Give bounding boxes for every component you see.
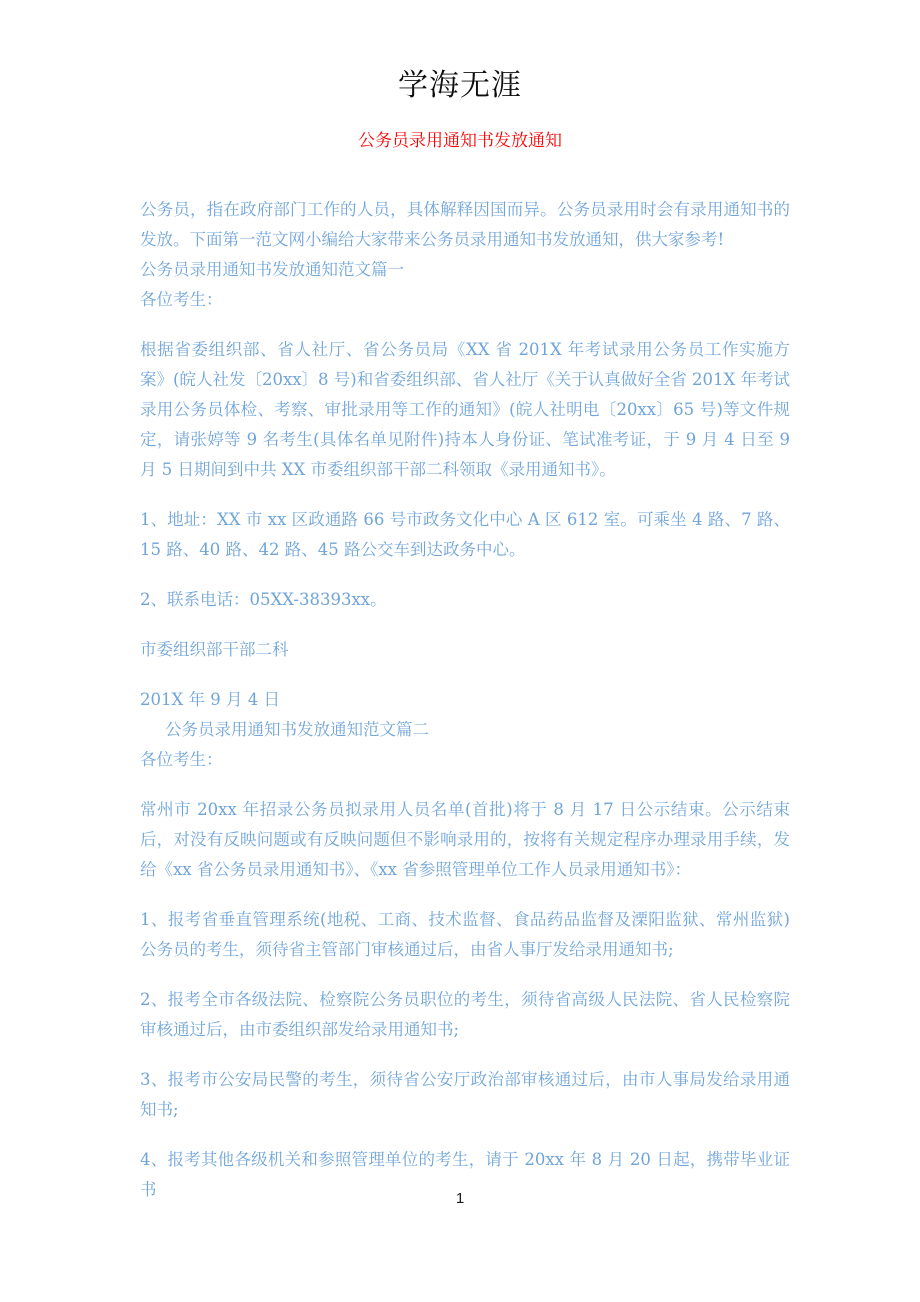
- paragraph: 根据省委组织部、省人社厅、省公务员局《XX 省 201X 年考试录用公务员工作实…: [140, 335, 790, 485]
- paragraph: 公务员录用通知书发放通知范文篇二: [140, 715, 790, 745]
- empty-paragraph: [140, 315, 790, 335]
- empty-paragraph: [140, 775, 790, 795]
- paragraph: 1、地址：XX 市 xx 区政通路 66 号市政务文化中心 A 区 612 室。…: [140, 505, 790, 565]
- page-number: 1: [0, 1190, 920, 1207]
- empty-paragraph: [140, 565, 790, 585]
- empty-paragraph: [140, 885, 790, 905]
- paragraph: 2、报考全市各级法院、检察院公务员职位的考生，须待省高级人民法院、省人民检察院审…: [140, 985, 790, 1045]
- paragraph: 公务员，指在政府部门工作的人员，具体解释因国而异。公务员录用时会有录用通知书的发…: [140, 195, 790, 255]
- paragraph: 常州市 20xx 年招录公务员拟录用人员名单(首批)将于 8 月 17 日公示结…: [140, 795, 790, 885]
- empty-paragraph: [140, 485, 790, 505]
- empty-paragraph: [140, 615, 790, 635]
- empty-paragraph: [140, 965, 790, 985]
- empty-paragraph: [140, 1125, 790, 1145]
- empty-paragraph: [140, 665, 790, 685]
- paragraph: 3、报考市公安局民警的考生，须待省公安厅政治部审核通过后，由市人事局发给录用通知…: [140, 1065, 790, 1125]
- paragraph: 各位考生：: [140, 745, 790, 775]
- paragraph: 公务员录用通知书发放通知范文篇一: [140, 255, 790, 285]
- paragraph: 市委组织部干部二科: [140, 635, 790, 665]
- document-subtitle: 公务员录用通知书发放通知: [0, 104, 920, 151]
- paragraph: 各位考生：: [140, 285, 790, 315]
- document-body: 公务员，指在政府部门工作的人员，具体解释因国而异。公务员录用时会有录用通知书的发…: [140, 195, 790, 1205]
- document-title: 学海无涯: [0, 0, 920, 104]
- paragraph: 2、联系电话：05XX-38393xx。: [140, 585, 790, 615]
- paragraph: 1、报考省垂直管理系统(地税、工商、技术监督、食品药品监督及溧阳监狱、常州监狱)…: [140, 905, 790, 965]
- empty-paragraph: [140, 1045, 790, 1065]
- document-page: 学海无涯 公务员录用通知书发放通知 公务员，指在政府部门工作的人员，具体解释因国…: [0, 0, 920, 1302]
- paragraph: 201X 年 9 月 4 日: [140, 685, 790, 715]
